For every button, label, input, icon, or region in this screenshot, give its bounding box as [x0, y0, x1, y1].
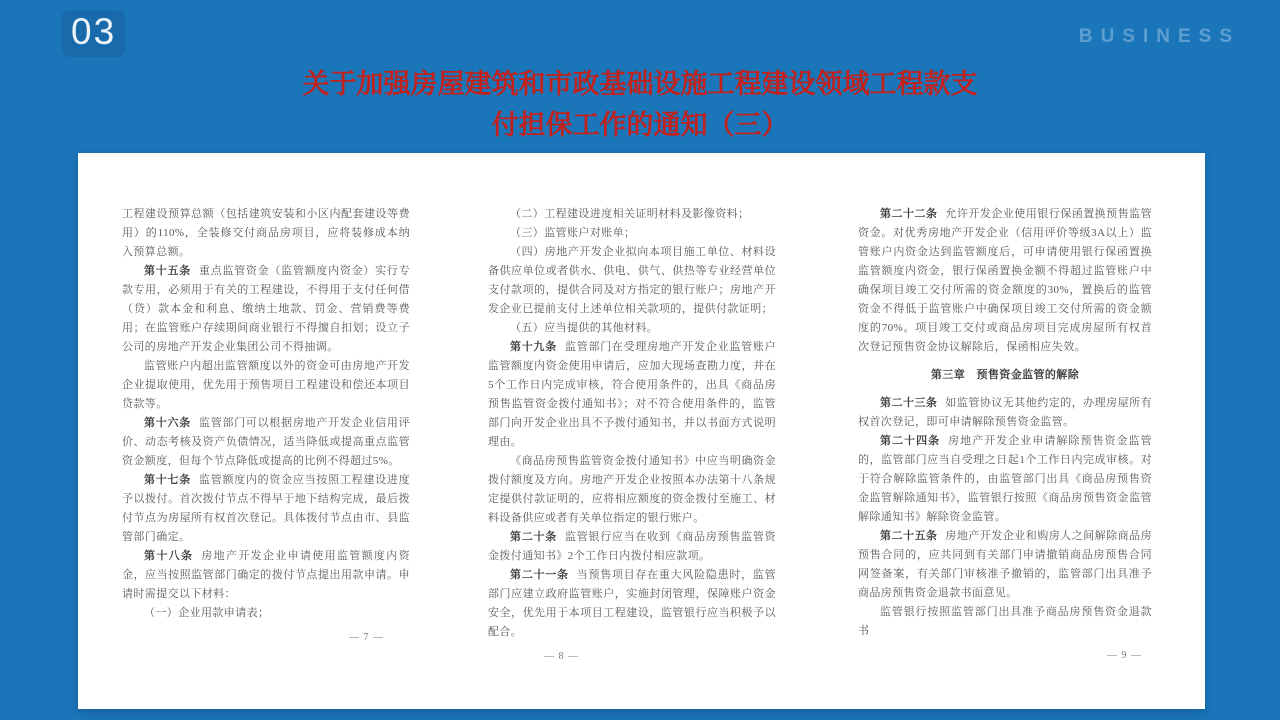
paragraph: 第二十条监管银行应当在收到《商品房预售监管资金拨付通知书》2个工作日内拨付相应款…: [488, 528, 776, 566]
paragraph: （二）工程建设进度相关证明材料及影像资料；: [488, 205, 776, 224]
paragraph: 工程建设预算总额（包括建筑安装和小区内配套建设等费用）的110%，全装修交付商品…: [122, 205, 410, 262]
paragraph: 第二十三条如监管协议无其他约定的，办理房屋所有权首次登记，即可申请解除预售资金监…: [858, 394, 1152, 432]
section-number: 03: [62, 10, 125, 57]
slide-title-line2: 付担保工作的通知（三）: [0, 105, 1280, 146]
paragraph: （四）房地产开发企业拟向本项目施工单位、材料设备供应单位或者供水、供电、供气、供…: [488, 243, 776, 319]
page-7-number: — 7 —: [122, 628, 410, 647]
article-number: 第二十五条: [880, 530, 937, 542]
chapter-heading: 第三章 预售资金监管的解除: [858, 366, 1152, 385]
article-number: 第十九条: [510, 341, 557, 353]
paragraph: （三）监管账户对账单；: [488, 224, 776, 243]
scanned-page-7: 工程建设预算总额（包括建筑安装和小区内配套建设等费用）的110%，全装修交付商品…: [122, 153, 410, 709]
page-9-number: — 9 —: [858, 646, 1152, 665]
page-9-body: 第二十二条允许开发企业使用银行保函置换预售监管资金。对优秀房地产开发企业（信用评…: [858, 205, 1152, 641]
paragraph: 监管账户内超出监管额度以外的资金可由房地产开发企业提取使用，优先用于预售项目工程…: [122, 357, 410, 414]
page-8-body: （二）工程建设进度相关证明材料及影像资料；（三）监管账户对账单；（四）房地产开发…: [488, 205, 776, 642]
article-number: 第十六条: [144, 417, 191, 429]
article-number: 第二十二条: [880, 208, 937, 220]
article-number: 第十七条: [144, 474, 191, 486]
paragraph: 第十八条房地产开发企业申请使用监管额度内资金，应当按照监管部门确定的拨付节点提出…: [122, 547, 410, 604]
paragraph: 第十七条监管额度内的资金应当按照工程建设进度予以拨付。首次拨付节点不得早于地下结…: [122, 471, 410, 547]
article-number: 第二十一条: [510, 569, 569, 581]
paragraph: 第二十五条房地产开发企业和购房人之间解除商品房预售合同的，应共同到有关部门申请撤…: [858, 527, 1152, 603]
article-number: 第二十条: [510, 531, 557, 543]
paragraph: （一）企业用款申请表；: [122, 604, 410, 623]
slide-title-line1: 关于加强房屋建筑和市政基础设施工程建设领域工程款支: [0, 64, 1280, 105]
slide-title: 关于加强房屋建筑和市政基础设施工程建设领域工程款支 付担保工作的通知（三）: [0, 64, 1280, 146]
scanned-page-8: （二）工程建设进度相关证明材料及影像资料；（三）监管账户对账单；（四）房地产开发…: [488, 153, 776, 709]
paragraph: 第十五条重点监管资金（监管额度内资金）实行专款专用，必须用于有关的工程建设，不得…: [122, 262, 410, 357]
paragraph: 《商品房预售监管资金拨付通知书》中应当明确资金拨付额度及方向。房地产开发企业按照…: [488, 452, 776, 528]
article-number: 第二十四条: [880, 435, 940, 447]
paragraph: 第二十一条当预售项目存在重大风险隐患时，监管部门应建立政府监管账户，实施封闭管理…: [488, 566, 776, 642]
paragraph: 第十六条监管部门可以根据房地产开发企业信用评价、动态考核及资产负债情况，适当降低…: [122, 414, 410, 471]
paragraph: 第二十四条房地产开发企业申请解除预售资金监管的，监管部门应当自受理之日起1个工作…: [858, 432, 1152, 527]
paragraph: 第二十二条允许开发企业使用银行保函置换预售监管资金。对优秀房地产开发企业（信用评…: [858, 205, 1152, 357]
article-number: 第十五条: [144, 265, 191, 277]
business-watermark: BUSINESS: [1079, 26, 1240, 48]
slide: 03 BUSINESS 关于加强房屋建筑和市政基础设施工程建设领域工程款支 付担…: [0, 0, 1280, 720]
paragraph: 第十九条监管部门在受理房地产开发企业监管账户监管额度内资金使用申请后，应加大现场…: [488, 338, 776, 452]
document-panel: 工程建设预算总额（包括建筑安装和小区内配套建设等费用）的110%，全装修交付商品…: [78, 153, 1205, 709]
scanned-page-9: 第二十二条允许开发企业使用银行保函置换预售监管资金。对优秀房地产开发企业（信用评…: [858, 153, 1152, 709]
article-number: 第二十三条: [880, 397, 937, 409]
article-number: 第十八条: [144, 550, 193, 562]
paragraph: （五）应当提供的其他材料。: [488, 319, 776, 338]
page-8-number: — 8 —: [488, 647, 776, 666]
page-7-body: 工程建设预算总额（包括建筑安装和小区内配套建设等费用）的110%，全装修交付商品…: [122, 205, 410, 623]
paragraph: 监管银行按照监管部门出具准予商品房预售资金退款书: [858, 603, 1152, 641]
